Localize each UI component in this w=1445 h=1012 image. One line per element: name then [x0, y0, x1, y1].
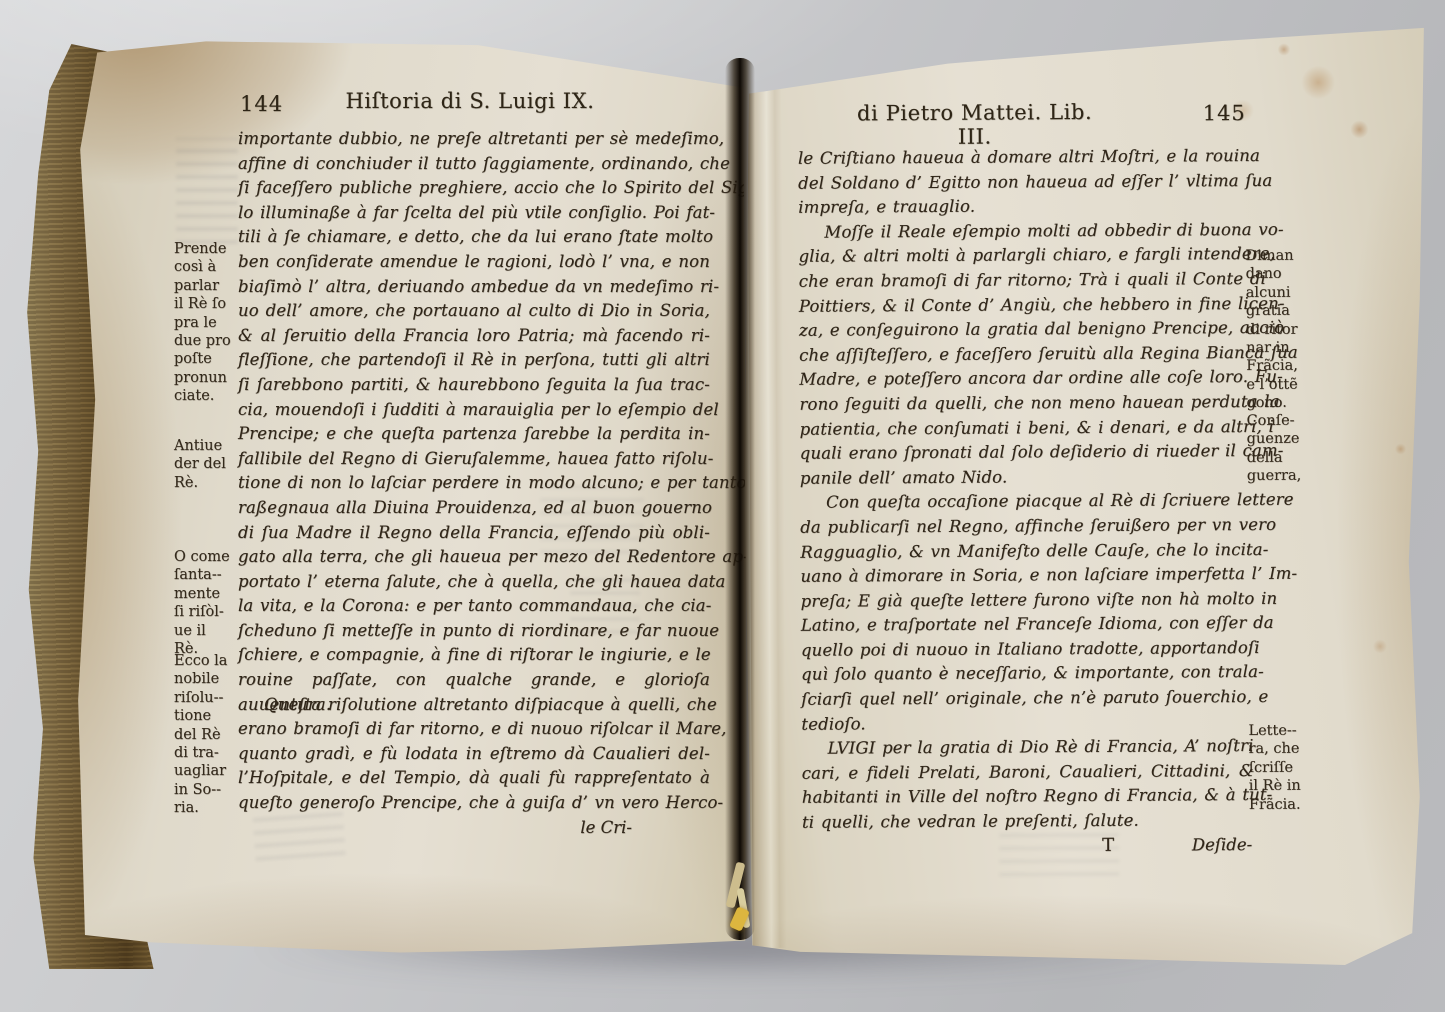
- body-line: ben conſiderate amendue le ragioni, lodò…: [238, 250, 710, 275]
- right-page: di Pietro Mattei. Lib. III. 145 Diman da…: [742, 26, 1428, 966]
- body-line: che aſſiſteſſero, e faceſſero ſeruitù al…: [799, 341, 1251, 368]
- margin-note: Ecco la nobile riſolu-- tione del Rè di …: [174, 652, 240, 818]
- body-line: lo illuminaße à far ſcelta del più vtile…: [238, 201, 710, 226]
- body-line: da publicarſi nel Regno, affinche ſeruiß…: [800, 513, 1252, 540]
- body-line: cari, e fideli Prelati, Baroni, Caualier…: [802, 759, 1254, 786]
- running-title-left: Hiſtoria di S. Luigi IX.: [340, 89, 600, 113]
- body-line: uo dell’ amore, che portauano al culto d…: [238, 299, 710, 324]
- body-line: tione di non lo laſciar perdere in modo …: [238, 471, 710, 496]
- body-line: quanto gradì, e fù lodata in eſtremo dà …: [238, 742, 710, 767]
- body-line: tili à ſe chiamare, e detto, che da lui …: [238, 225, 710, 250]
- margin-note: O come ſanta-- mente ſi riſòl- ue il Rè.: [174, 548, 240, 658]
- page-number-left: 144: [240, 92, 283, 116]
- body-line: Con queſta occaſione piacque al Rè di ſc…: [800, 488, 1252, 515]
- body-line: gato alla terra, che gli haueua per mezo…: [238, 545, 710, 570]
- catchword: Deſide-: [1192, 833, 1252, 858]
- body-line: biaſimò l’ altra, deriuando ambedue da v…: [238, 275, 710, 300]
- body-line: za, e conſeguirono la gratia dal benigno…: [799, 316, 1251, 343]
- bleedthrough-smudge: [176, 138, 238, 244]
- body-line: rouine paſſate, con qualche grande, e gl…: [238, 668, 710, 693]
- body-line: erano bramoſi di far ritorno, e di nuouo…: [238, 717, 710, 742]
- body-line: le Criſtiano haueua à domare altri Moſtr…: [798, 144, 1250, 171]
- body-line: raßegnaua alla Diuina Prouidenza, ed al …: [238, 496, 710, 521]
- body-line: queſto generoſo Prencipe, che à guiſa d’…: [238, 791, 710, 816]
- body-line: importante dubbio, ne preſe altretanti p…: [238, 127, 710, 152]
- body-line: Latino, e traſportate nel Franceſe Idiom…: [801, 611, 1253, 638]
- body-line: fleſſione, che partendoſi il Rè in perſo…: [238, 348, 710, 373]
- page-number-right: 145: [1203, 101, 1246, 125]
- body-line: quì ſolo quanto è neceſſario, & importan…: [801, 660, 1253, 687]
- body-line: Queſta riſolutione altretanto diſpiacque…: [238, 693, 710, 718]
- left-page: 144 Hiſtoria di S. Luigi IX. Prende così…: [70, 34, 750, 959]
- body-line: quali erano ſpronati dal ſolo deſiderio …: [800, 439, 1252, 466]
- book-photo: 144 Hiſtoria di S. Luigi IX. Prende così…: [0, 0, 1445, 1012]
- body-line: & al ſeruitio della Francia loro Patria;…: [238, 324, 710, 349]
- body-line: preſa; E già queſte lettere furono viſte…: [801, 587, 1253, 614]
- body-line: patientia, che conſumati i beni, & i den…: [800, 415, 1252, 442]
- body-line: fallibile del Regno di Gieruſalemme, hau…: [238, 447, 710, 472]
- left-page-text-block: importante dubbio, ne preſe altretanti p…: [238, 127, 710, 840]
- running-title-right: di Pietro Mattei. Lib. III.: [850, 100, 1100, 150]
- body-line: Madre, e poteſſero ancora dar ordine all…: [799, 365, 1251, 392]
- catchword: le Cri-: [238, 816, 710, 841]
- body-line: Moſſe il Reale eſempio molti ad obbedir …: [798, 218, 1250, 245]
- body-line: del Soldano d’ Egitto non haueua ad eſſe…: [798, 169, 1250, 196]
- margin-note: Prende così à parlar il Rè ſo pra le due…: [174, 240, 240, 406]
- body-line: Poittiers, & il Conte d’ Angiù, che hebb…: [799, 292, 1251, 319]
- signature-mark: T: [1102, 833, 1114, 858]
- body-line: di ſua Madre il Regno della Francia, eſſ…: [238, 521, 710, 546]
- body-line: ſciarſi quel nell’ originale, che n’è pa…: [801, 685, 1253, 712]
- body-line: uano à dimorare in Soria, e non laſciare…: [800, 562, 1252, 589]
- body-line: LVIGI per la gratia di Dio Rè di Francia…: [801, 734, 1253, 761]
- body-line: ſi faceſſero publiche preghiere, accio c…: [238, 176, 710, 201]
- body-line: l’Hoſpitale, e del Tempio, dà quali fù r…: [238, 766, 710, 791]
- body-line: ſi ſarebbono partiti, & haurebbono ſegui…: [238, 373, 710, 398]
- body-line: affine di conchiuder il tutto ſaggiament…: [238, 152, 710, 177]
- body-line: tedioſo.: [801, 710, 1253, 737]
- body-line: Ragguaglio, & vn Manifeſto delle Cauſe, …: [800, 537, 1252, 564]
- body-line: rono ſeguiti da quelli, che non meno hau…: [799, 390, 1251, 417]
- body-line: ſchiere, e compagnie, à fine di riſtorar…: [238, 643, 710, 668]
- body-line: cia, mouendoſi i ſudditi à marauiglia pe…: [238, 398, 710, 423]
- body-line: habitanti in Ville del noſtro Regno di F…: [802, 783, 1254, 810]
- margin-note: Antiue der del Rè.: [174, 437, 240, 492]
- body-line: quello poi di nuouo in Italiano tradotte…: [801, 636, 1253, 663]
- book-gutter: [725, 58, 755, 940]
- right-page-text-block: le Criſtiano haueua à domare altri Moſtr…: [798, 144, 1254, 860]
- body-line: panile dell’ amato Nido.: [800, 464, 1252, 491]
- body-line: ſcheduno ſi metteſſe in punto di riordin…: [238, 619, 710, 644]
- body-line: che eran bramoſi di far ritorno; Trà i q…: [799, 267, 1251, 294]
- body-line: Prencipe; e che queſta partenza ſarebbe …: [238, 422, 710, 447]
- body-line: impreſa, e trauaglio.: [798, 193, 1250, 220]
- body-line: portato l’ eterna ſalute, che à quella, …: [238, 570, 710, 595]
- body-line: glia, & altri molti à parlargli chiaro, …: [798, 242, 1250, 269]
- body-line: ti quelli, che vedran le preſenti, ſalut…: [802, 808, 1254, 835]
- right-page-content: di Pietro Mattei. Lib. III. 145 Diman da…: [739, 24, 1431, 968]
- body-line: la vita, e la Corona: e per tanto comman…: [238, 594, 710, 619]
- signature-row: T Deſide-: [802, 833, 1254, 860]
